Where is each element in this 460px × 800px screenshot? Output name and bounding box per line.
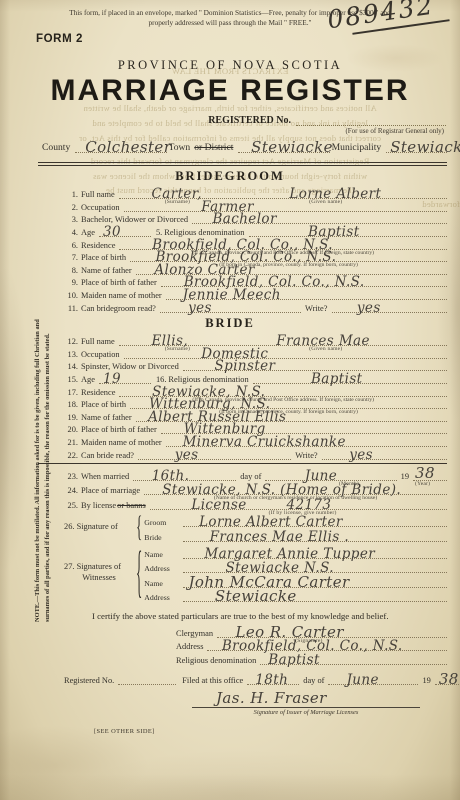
field-number: 19. xyxy=(64,413,78,422)
field-label: Place of birth of father xyxy=(81,425,157,434)
handwritten-value: 38 xyxy=(439,670,459,688)
field-line: Brookfield, Col. Co., N.S. xyxy=(161,276,447,287)
field-line: yes xyxy=(138,449,291,460)
field-line: Wittenburg xyxy=(161,423,447,434)
signature-lines: Groom Lorne Albert Carter Bride Frances … xyxy=(144,513,447,542)
field-label: Address xyxy=(176,642,203,651)
field-label: Clergyman xyxy=(176,629,213,638)
field-groom-residence: 6. Residence Brookfield, Col. Co., N.S. … xyxy=(64,237,447,250)
field-line: Brookfield, Col. Co., N.S. xyxy=(207,640,447,651)
town-label: Town xyxy=(169,142,191,153)
form-number-label: FORM 2 xyxy=(36,33,83,45)
field-label: Age xyxy=(81,228,95,237)
field-line: 30 xyxy=(99,226,151,237)
field-line: June (Month) xyxy=(265,470,396,481)
field-line: June xyxy=(328,674,418,685)
margin-note-line1: NOTE.—This form must not be mutilated. A… xyxy=(33,224,43,622)
field-label: Can bride read? xyxy=(81,451,134,460)
field-number: 22. xyxy=(64,451,78,460)
field-line: Baptist xyxy=(260,654,447,665)
municipality-field: Stewiacke xyxy=(386,142,447,153)
handwritten-value: 19 xyxy=(103,371,121,387)
field-label: When married xyxy=(81,472,129,481)
field-bride-father-birthplace: 20. Place of birth of father Wittenburg xyxy=(64,422,447,435)
field-line: Frances Mae Ellis . xyxy=(183,531,447,542)
field-line: Lorne Albert Carter xyxy=(183,516,447,527)
field-number: 7. xyxy=(64,253,78,262)
field-bride-full-name: 12. Full name Ellis, Frances Mae (Surnam… xyxy=(64,334,447,347)
field-line: Stewiacke, N.S. (Home of Bride). (Name o… xyxy=(144,484,447,495)
field-groom-mother: 10. Maiden name of mother Jennie Meech xyxy=(64,287,447,300)
field-line: Minerva Cruickshanke xyxy=(166,436,447,447)
license-number: 42173 xyxy=(286,497,331,513)
field-when-married: 23. When married 16th. day of June (Mont… xyxy=(64,467,447,481)
field-line: Jennie Meech xyxy=(166,289,447,300)
registered-no-blank xyxy=(296,116,446,126)
field-number: 10. xyxy=(64,291,78,300)
field-label: Religious denomination xyxy=(176,656,256,665)
field-label: day of xyxy=(303,676,324,685)
town-district-struck: or District xyxy=(194,142,233,153)
handwritten-value: Baptist xyxy=(311,371,363,387)
bride-section: 12. Full name Ellis, Frances Mae (Surnam… xyxy=(64,334,447,460)
mailing-notice-line2: properly addressed will pass through the… xyxy=(148,18,311,27)
witness2-name-row: Name John McCara Carter xyxy=(144,573,447,587)
witness1-name-row: Name Margaret Annie Tupper xyxy=(144,545,447,559)
field-label: Filed at this office xyxy=(182,676,243,685)
handwritten-value: Minerva Cruickshanke xyxy=(183,434,346,450)
field-label: 19 xyxy=(401,472,409,481)
field-line: Stewiacke, N.S. (If in Canada, province,… xyxy=(119,386,447,397)
town-field: Stewiacke xyxy=(238,142,329,153)
field-bride-residence: 17. Residence Stewiacke, N.S. (If in Can… xyxy=(64,384,447,397)
field-label: Residence xyxy=(81,241,115,250)
registered-no-label: REGISTERED No. xyxy=(208,115,291,126)
county-row: County Colchester Town or District Stewi… xyxy=(40,142,447,153)
field-number: 24. xyxy=(64,486,78,495)
field-label: Name xyxy=(144,550,180,559)
field-place-of-marriage: 24. Place of marriage Stewiacke, N.S. (H… xyxy=(64,481,447,495)
marriage-register-form: This form, if placed in an envelope, mar… xyxy=(0,0,460,800)
field-groom-father-birthplace: 9. Place of birth of father Brookfield, … xyxy=(64,275,447,288)
field-number: 6. xyxy=(64,241,78,250)
field-number: 1. xyxy=(64,190,78,199)
field-label: Signatures of xyxy=(77,562,121,571)
field-line: Ellis, Frances Mae (Surname) (Given name… xyxy=(119,335,447,346)
brace-glyph: { xyxy=(136,538,142,608)
groom-signature-row: Groom Lorne Albert Carter xyxy=(144,513,447,527)
field-line: Stewiacke N.S. xyxy=(183,562,447,573)
field-number: 2. xyxy=(64,203,78,212)
handwritten-value: Bachelor xyxy=(212,211,276,227)
town-value: Stewiacke xyxy=(251,138,333,156)
field-groom-full-name: 1. Full name Carter, Lorne Albert (Surna… xyxy=(64,187,447,200)
handwritten-value: yes xyxy=(188,300,212,316)
certification-statement: I certify the above stated particulars a… xyxy=(92,611,447,621)
field-label: Full name xyxy=(81,190,115,199)
field-number: 4. xyxy=(64,228,78,237)
province-heading: PROVINCE OF NOVA SCOTIA xyxy=(0,58,460,73)
field-line: 38 (Year) xyxy=(413,470,447,481)
certification-rows: Clergyman Leo R. Carter (Signature) Addr… xyxy=(176,624,447,665)
field-number: 26. xyxy=(64,522,74,531)
field-label: Spinster, Widow or Divorced xyxy=(81,362,179,371)
field-label: Residence xyxy=(81,388,115,397)
handwritten-value: Spinster xyxy=(215,358,276,374)
witness-lines: Name Margaret Annie Tupper Address Stewi… xyxy=(144,545,447,603)
field-label: Place of birth of father xyxy=(81,278,157,287)
issuer-signature: Jas. H. Fraser xyxy=(216,689,327,707)
witness-address: Stewiacke xyxy=(215,587,297,605)
handwritten-value: Carter, xyxy=(152,186,202,202)
filed-row: Registered No. Filed at this office 18th… xyxy=(64,671,447,685)
field-number: 14. xyxy=(64,362,78,371)
bridegroom-section-title: BRIDEGROOM xyxy=(0,169,460,184)
field-label: Bride xyxy=(144,533,180,542)
registered-no-blank xyxy=(118,674,176,685)
field-line: Brookfield, Col. Co., N.S. (If in Canada… xyxy=(119,239,447,250)
field-bride-occupation: 13. Occupation Domestic xyxy=(64,346,447,359)
field-number: 15. xyxy=(64,375,78,384)
registration-line: Registered No. Filed at this office 18th… xyxy=(64,671,447,685)
field-line: Stewiacke xyxy=(183,591,447,602)
field-label: Maiden name of mother xyxy=(81,438,162,447)
field-bride-mother: 21. Maiden name of mother Minerva Cruick… xyxy=(64,434,447,447)
field-number: 21. xyxy=(64,438,78,447)
field-label: Maiden name of mother xyxy=(81,291,162,300)
handwritten-value: 18th xyxy=(255,672,288,688)
field-label: Name of father xyxy=(81,413,132,422)
bride-section-title: BRIDE xyxy=(0,316,460,331)
field-label: Bachelor, Widower or Divorced xyxy=(81,215,188,224)
field-line: John McCara Carter xyxy=(183,577,447,588)
handwritten-value: Frances Mae xyxy=(276,333,370,349)
signature-group-label: 26. Signature of xyxy=(64,522,134,533)
handwritten-value: yes xyxy=(349,447,373,463)
field-label: By license xyxy=(81,501,116,510)
handwritten-value: yes xyxy=(357,300,381,316)
field-label: Address xyxy=(144,564,180,573)
field-number: 13. xyxy=(64,350,78,359)
field-line: Margaret Annie Tupper xyxy=(183,548,447,559)
field-label: Registered No. xyxy=(64,676,114,685)
field-number: 18. xyxy=(64,400,78,409)
registered-no-line: REGISTERED No. xyxy=(0,115,446,126)
field-number: 25. xyxy=(64,501,78,510)
field-number: 20. xyxy=(64,425,78,434)
field-line: Bachelor xyxy=(192,213,447,224)
county-label: County xyxy=(42,142,70,153)
field-groom-occupation: 2. Occupation Farmer xyxy=(64,199,447,212)
witness1-address-row: Address Stewiacke N.S. xyxy=(144,559,447,573)
handwritten-value: 38 xyxy=(415,464,435,482)
page-title: MARRIAGE REGISTER xyxy=(0,74,460,108)
field-line: 16th. xyxy=(133,470,236,481)
municipality-label: Municipality xyxy=(332,142,382,153)
field-label: day of xyxy=(240,472,261,481)
county-field: Colchester xyxy=(75,142,166,153)
field-label: 19 xyxy=(422,676,430,685)
handwritten-value: Ellis, xyxy=(152,333,188,349)
field-bride-status: 14. Spinster, Widow or Divorced Spinster xyxy=(64,359,447,372)
clergyman-denomination-row: Religious denomination Baptist xyxy=(176,651,447,665)
handwritten-value: 30 xyxy=(103,224,121,240)
field-line: Baptist xyxy=(249,226,448,237)
field-line: Leo R. Carter (Signature) xyxy=(217,627,447,638)
field-label: Name of father xyxy=(81,266,132,275)
field-number: 8. xyxy=(64,266,78,275)
field-label: Witnesses xyxy=(64,573,134,584)
bride-signature: Frances Mae Ellis . xyxy=(210,529,349,545)
margin-note-vertical: NOTE.—This form must not be mutilated. A… xyxy=(33,224,53,622)
field-line: 18th xyxy=(247,674,299,685)
bridegroom-section: 1. Full name Carter, Lorne Albert (Surna… xyxy=(64,187,447,313)
margin-note-line2: surnames of all parties, and if for any … xyxy=(43,224,53,622)
footer: [SEE OTHER SIDE] xyxy=(64,728,447,735)
field-label: Address xyxy=(144,593,180,602)
handwritten-value: Lorne Albert xyxy=(289,186,381,202)
field-line: yes xyxy=(332,302,448,313)
issuer-signature-block: Jas. H. Fraser Signature of Issuer of Ma… xyxy=(192,689,420,716)
field-number: 27. xyxy=(64,562,74,571)
clergyman-address-row: Address Brookfield, Col. Co., N.S. xyxy=(176,638,447,652)
field-label: Occupation xyxy=(81,350,120,359)
field-number: 9. xyxy=(64,278,78,287)
registered-no-subcaption: (For use of Registrar General only) xyxy=(0,127,444,135)
field-line: yes xyxy=(160,302,301,313)
field-number: 3. xyxy=(64,215,78,224)
field-label: Full name xyxy=(81,337,115,346)
field-label: Groom xyxy=(144,518,180,527)
field-number: 17. xyxy=(64,388,78,397)
field-line: Spinster xyxy=(183,360,447,371)
field-label: Place of marriage xyxy=(81,486,140,495)
bride-signature-row: Bride Frances Mae Ellis . xyxy=(144,527,447,541)
field-label: Signature of xyxy=(77,522,118,531)
handwritten-value: June xyxy=(346,672,378,688)
signature-group: 26. Signature of { Groom Lorne Albert Ca… xyxy=(64,513,447,542)
field-label: Age xyxy=(81,375,95,384)
witnesses-group-label: 27. Signatures of Witnesses xyxy=(64,562,134,584)
field-number: 23. xyxy=(64,472,78,481)
field-line: yes xyxy=(322,449,447,460)
section-rule xyxy=(38,463,447,464)
field-line: 38 xyxy=(435,674,460,685)
field-label: Write? xyxy=(305,304,327,313)
county-value: Colchester xyxy=(85,138,171,156)
witnesses-group: 27. Signatures of Witnesses { Name Marga… xyxy=(64,545,447,603)
field-number: 11. xyxy=(64,304,78,313)
field-number-label: 27. Signatures of xyxy=(64,562,134,573)
handwritten-value: yes xyxy=(175,447,199,463)
field-number: 12. xyxy=(64,337,78,346)
signature-line: Jas. H. Fraser xyxy=(192,689,420,708)
clergyman-row: Clergyman Leo R. Carter (Signature) xyxy=(176,624,447,638)
field-line: 19 xyxy=(99,373,151,384)
issuer-signature-caption: Signature of Issuer of Marriage Licenses xyxy=(192,709,420,716)
field-label: Occupation xyxy=(81,203,120,212)
field-label: Name xyxy=(144,579,180,588)
field-line: Baptist xyxy=(253,373,447,384)
marriage-section: 23. When married 16th. day of June (Mont… xyxy=(64,467,447,603)
field-label: Can bridegroom read? xyxy=(81,304,156,313)
handwritten-value: License xyxy=(191,497,246,513)
field-groom-status: 3. Bachelor, Widower or Divorced Bachelo… xyxy=(64,212,447,225)
field-label: Write? xyxy=(295,451,317,460)
double-rule xyxy=(38,162,447,166)
see-other-side-note: [SEE OTHER SIDE] xyxy=(94,728,447,735)
municipality-value: Stewiacke xyxy=(390,138,460,156)
field-line: Carter, Lorne Albert (Surname) (Given na… xyxy=(119,188,447,199)
handwritten-value: Baptist xyxy=(268,652,320,668)
